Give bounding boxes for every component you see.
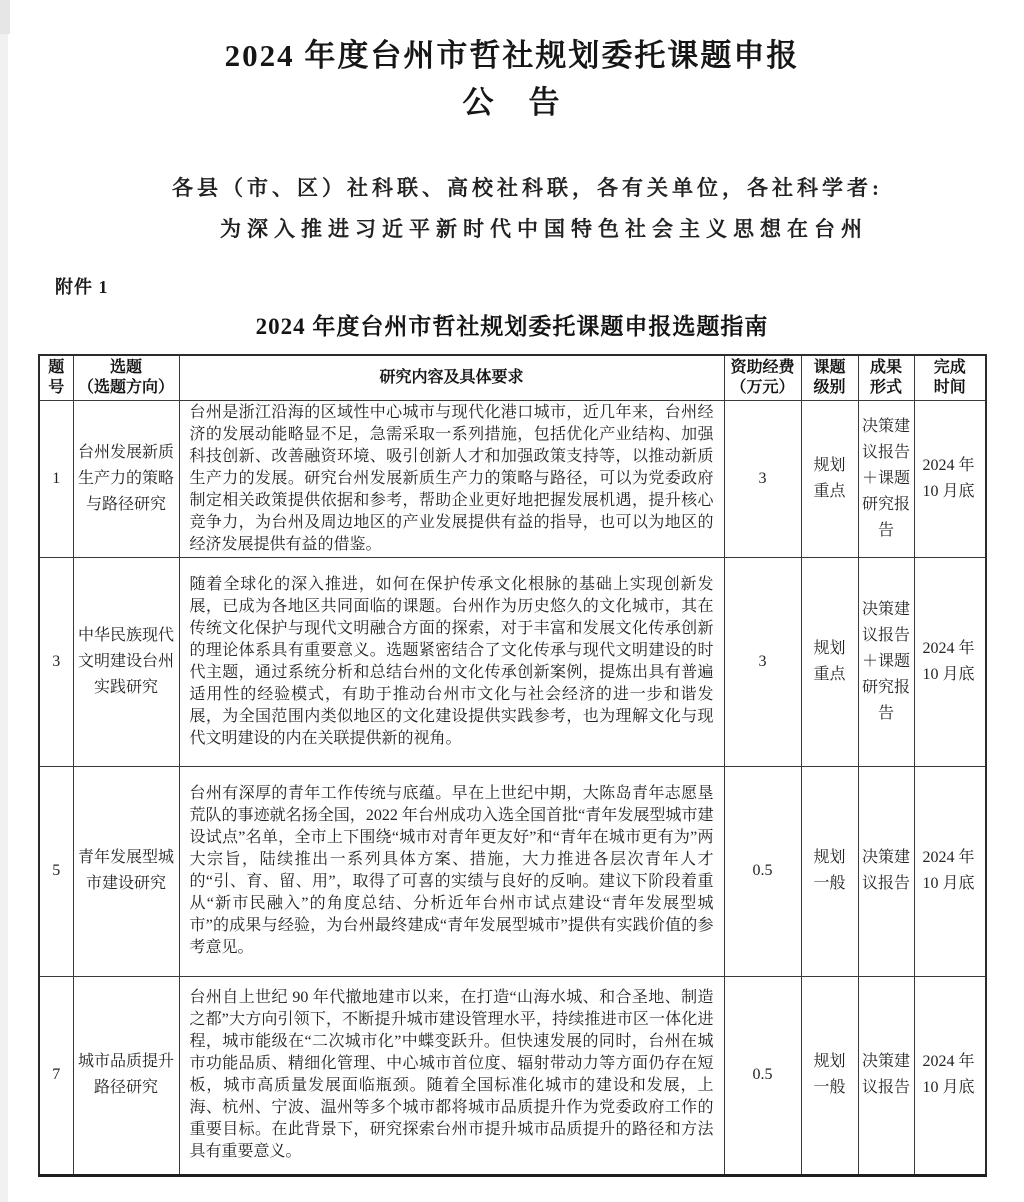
cell-topic-title: 台州发展新质生产力的策略与路径研究 [73,400,179,557]
cell-output-form: 决策建议报告＋课题研究报告 [858,557,914,766]
col-header-output-form: 成果 形式 [858,355,914,400]
cell-output-form: 决策建议报告 [858,976,914,1175]
table-header-row: 题 号 选题 （选题方向） 研究内容及具体要求 资助经费 （万元） 课题 级别 … [39,355,986,400]
cell-funding: 3 [724,557,801,766]
col-header-funding: 资助经费 （万元） [724,355,801,400]
cell-deadline: 2024 年 10 月底 [914,400,986,557]
cell-topic-no: 5 [39,766,73,976]
cell-research-content: 台州自上世纪 90 年代撤地建市以来，在打造“山海水城、和合圣地、制造之都”大方… [179,976,724,1175]
cell-level: 规划 一般 [801,766,858,976]
table-row: 1 台州发展新质生产力的策略与路径研究 台州是浙江沿海的区域性中心城市与现代化港… [39,400,986,557]
table-row: 7 城市品质提升路径研究 台州自上世纪 90 年代撤地建市以来，在打造“山海水城… [39,976,986,1175]
announcement-title-line1: 2024 年度台州市哲社规划委托课题申报 [0,32,1024,80]
cell-topic-title: 中华民族现代文明建设台州实践研究 [73,557,179,766]
salutation-line: 各县（市、区）社科联、高校社科联，各有关单位，各社科学者: [172,174,1024,202]
table-title: 2024 年度台州市哲社规划委托课题申报选题指南 [0,308,1024,341]
cell-deadline: 2024 年 10 月底 [914,557,986,766]
cell-level: 规划 一般 [801,976,858,1175]
cell-level: 规划 重点 [801,400,858,557]
table-row: 3 中华民族现代文明建设台州实践研究 随着全球化的深入推进，如何在保护传承文化根… [39,557,986,766]
cell-research-content: 随着全球化的深入推进，如何在保护传承文化根脉的基础上实现创新发展，已成为各地区共… [179,557,724,766]
intro-paragraph-line: 为深入推进习近平新时代中国特色社会主义思想在台州 [220,215,1024,243]
scan-corner-artifact [0,0,10,34]
cell-funding: 0.5 [724,766,801,976]
cell-output-form: 决策建议报告 [858,766,914,976]
cell-topic-no: 7 [39,976,73,1175]
cell-research-content: 台州有深厚的青年工作传统与底蕴。早在上世纪中期，大陈岛青年志愿垦荒队的事迹就名扬… [179,766,724,976]
cell-deadline: 2024 年 10 月底 [914,976,986,1175]
cell-funding: 3 [724,400,801,557]
cell-output-form: 决策建议报告＋课题研究报告 [858,400,914,557]
cell-level: 规划 重点 [801,557,858,766]
col-header-deadline: 完成 时间 [914,355,986,400]
scan-edge-artifact [0,0,8,1202]
cell-deadline: 2024 年 10 月底 [914,766,986,976]
cell-topic-title: 青年发展型城市建设研究 [73,766,179,976]
cell-topic-no: 3 [39,557,73,766]
table-row: 5 青年发展型城市建设研究 台州有深厚的青年工作传统与底蕴。早在上世纪中期，大陈… [39,766,986,976]
col-header-topic: 选题 （选题方向） [73,355,179,400]
col-header-level: 课题 级别 [801,355,858,400]
cell-topic-title: 城市品质提升路径研究 [73,976,179,1175]
col-header-research-content: 研究内容及具体要求 [179,355,724,400]
cell-research-content: 台州是浙江沿海的区域性中心城市与现代化港口城市，近几年来，台州经济的发展动能略显… [179,400,724,557]
announcement-title-line2: 公 告 [0,80,1024,126]
attachment-label: 附件 1 [55,273,1024,299]
document-page: 2024 年度台州市哲社规划委托课题申报 公 告 各县（市、区）社科联、高校社科… [0,0,1024,1202]
cell-funding: 0.5 [724,976,801,1175]
cell-topic-no: 1 [39,400,73,557]
topics-guide-table: 题 号 选题 （选题方向） 研究内容及具体要求 资助经费 （万元） 课题 级别 … [38,354,987,1177]
announcement-title: 2024 年度台州市哲社规划委托课题申报 公 告 [0,0,1024,126]
col-header-topic-no: 题 号 [39,355,73,400]
